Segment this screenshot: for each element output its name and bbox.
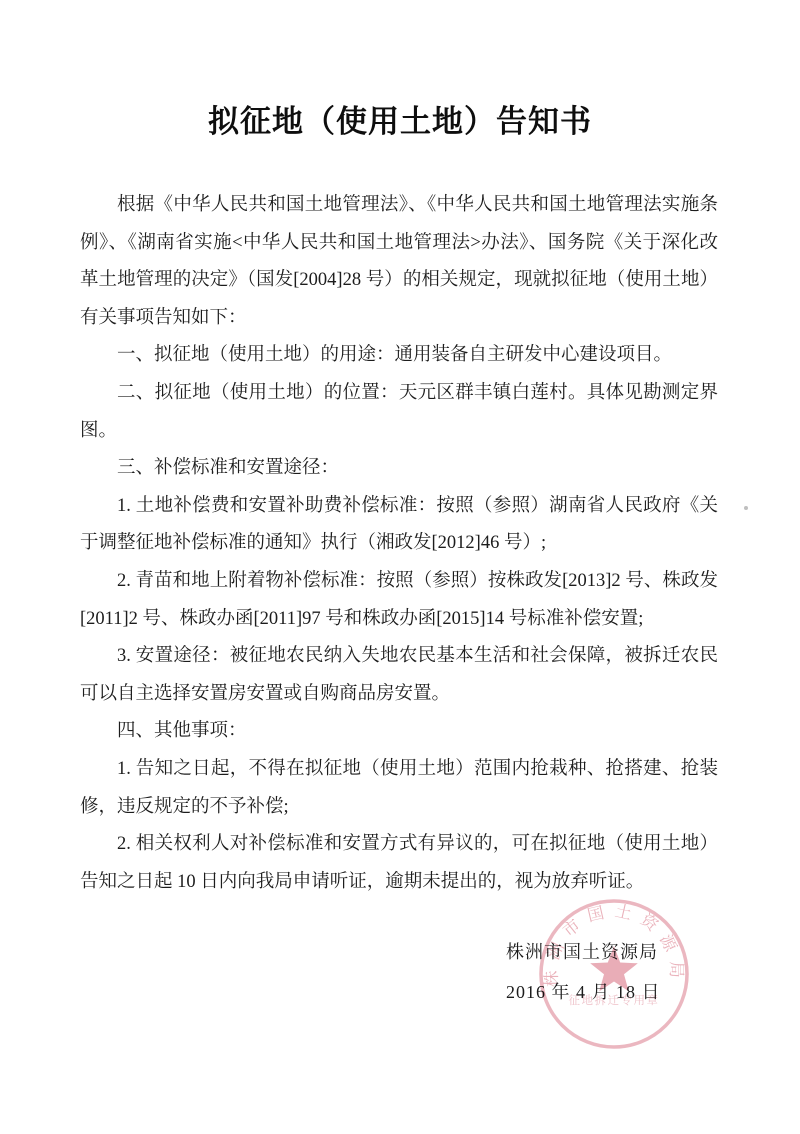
signature-org: 株洲市国土资源局 xyxy=(506,932,800,972)
item-3-3-resettlement: 3. 安置途径：被征地农民纳入失地农民基本生活和社会保障，被拆迁农民可以自主选择… xyxy=(80,638,718,713)
scan-artifact-dot xyxy=(744,506,748,510)
document-title: 拟征地（使用土地）告知书 xyxy=(0,0,800,142)
document-body: 根据《中华人民共和国土地管理法》、《中华人民共和国土地管理法实施条例》、《湖南省… xyxy=(80,187,718,901)
item-4-1-prohibition: 1. 告知之日起，不得在拟征地（使用土地）范围内抢栽种、抢搭建、抢装修，违反规定… xyxy=(80,751,718,826)
signature-block: 株洲市国土资源局 2016 年 4 月 18 日 xyxy=(506,932,800,1012)
item-3-2-crops: 2. 青苗和地上附着物补偿标准：按照（参照）按株政发[2013]2 号、株政发[… xyxy=(80,563,718,638)
item-2-location: 二、拟征地（使用土地）的位置：天元区群丰镇白莲村。具体见勘测定界图。 xyxy=(80,375,718,450)
para-legal-basis: 根据《中华人民共和国土地管理法》、《中华人民共和国土地管理法实施条例》、《湖南省… xyxy=(80,187,718,337)
item-1-purpose: 一、拟征地（使用土地）的用途：通用装备自主研发中心建设项目。 xyxy=(80,337,718,375)
document-page: 拟征地（使用土地）告知书 根据《中华人民共和国土地管理法》、《中华人民共和国土地… xyxy=(0,0,800,1134)
signature-date: 2016 年 4 月 18 日 xyxy=(506,972,800,1012)
item-4-heading: 四、其他事项： xyxy=(80,713,718,751)
item-4-2-hearing: 2. 相关权利人对补偿标准和安置方式有异议的，可在拟征地（使用土地）告知之日起 … xyxy=(80,826,718,901)
item-3-heading: 三、补偿标准和安置途径： xyxy=(80,450,718,488)
item-3-1-compensation: 1. 土地补偿费和安置补助费补偿标准：按照（参照）湖南省人民政府《关于调整征地补… xyxy=(80,488,718,563)
